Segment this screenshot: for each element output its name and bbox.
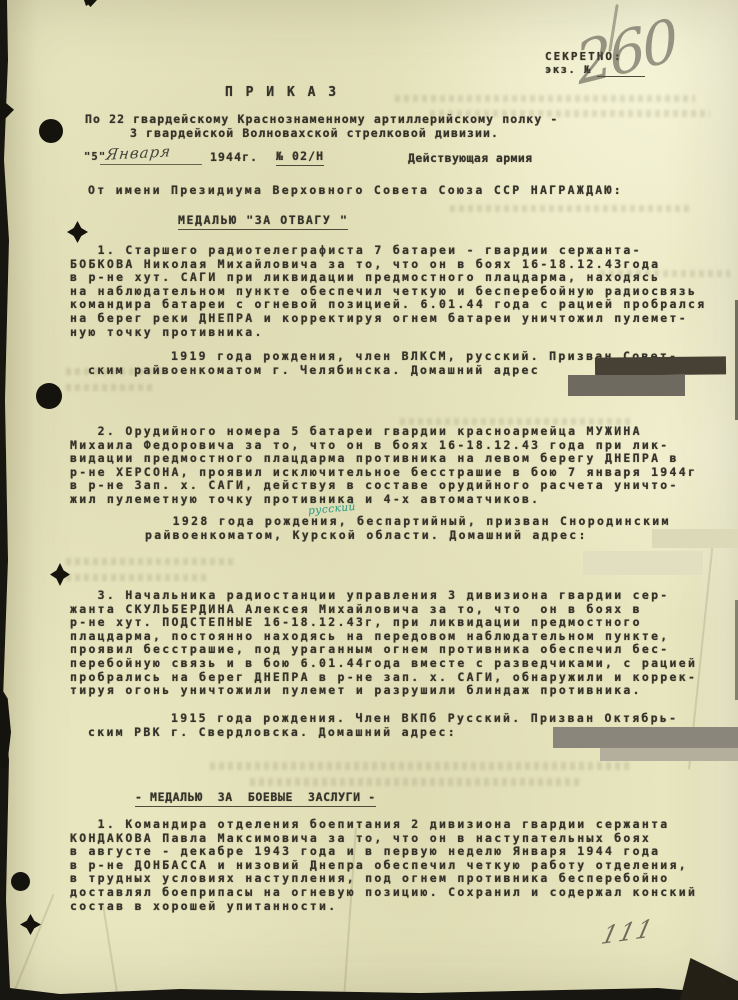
order-subtitle-line1: По 22 гвардейскому Краснознаменному арти…: [85, 113, 558, 127]
typed-line: 1919 года рождения, член ВЛКСМ, русский.…: [88, 350, 678, 364]
typed-line: 3. Начальника радиостанции управления 3 …: [70, 589, 697, 603]
order-number: № 02/Н: [276, 150, 324, 166]
typed-line: доставлял боеприпасы на огневую позицию.…: [70, 886, 697, 900]
bleedthrough-smudge: [66, 558, 236, 565]
typed-line: жил пулеметную точку противника и 4-х ав…: [70, 493, 697, 507]
typed-line: райвоенкоматом, Курской области. Домашни…: [145, 529, 671, 543]
typed-line: 1. Командира отделения боепитания 2 диви…: [70, 818, 697, 832]
bleedthrough-smudge: [66, 574, 206, 581]
typed-line: в р-не Зап. х. САГИ, действуя в составе …: [70, 479, 697, 493]
typed-line: состав в хорошей упитанности.: [70, 900, 697, 914]
paper-crease: [8, 894, 54, 1000]
document-scan: СЕКРЕТНО: экз. № 260 П Р И К А З По 22 г…: [0, 0, 738, 1000]
award-entry: 2. Орудийного номера 5 батареи гвардии к…: [70, 425, 697, 507]
order-title: П Р И К А З: [225, 86, 339, 100]
award-entry: 3. Начальника радиостанции управления 3 …: [70, 589, 697, 698]
typed-line: в р-не хут. САГИ при ликвидации предмост…: [70, 271, 706, 285]
typed-line: ную точку противника.: [70, 326, 706, 340]
redaction-box: [595, 356, 726, 375]
typed-line: на берег реки ДНЕПРА и корректируя огнем…: [70, 312, 706, 326]
bleedthrough-smudge: [250, 778, 580, 786]
paper-crease: [102, 905, 119, 1000]
typed-line: в трудных условиях наступления, под огне…: [70, 872, 697, 886]
typed-line: перебойную связь и в бою 6.01.44года вме…: [70, 657, 697, 671]
copy-number-handwritten: 260: [572, 6, 679, 99]
typed-line: тируя огонь уничтожили пулемет и разруши…: [70, 684, 697, 698]
typed-line: жанта СКУЛЬБЕРДИНА Алексея Михайловича з…: [70, 603, 697, 617]
bleedthrough-smudge: [66, 384, 156, 391]
date-year: 1944г.: [210, 151, 258, 165]
award-entry-birth-info: 1919 года рождения, член ВЛКСМ, русский.…: [88, 350, 678, 377]
page-number-handwritten: 111: [599, 914, 658, 951]
typed-line: в августе - декабре 1943 года и в первую…: [70, 845, 697, 859]
punch-hole: [36, 383, 62, 409]
bleedthrough-smudge: [210, 762, 630, 770]
typed-line: 1915 года рождения. Член ВКПб Русский. П…: [88, 712, 678, 726]
typed-line: 1. Старшего радиотелеграфиста 7 батареи …: [70, 244, 706, 258]
punch-hole: [11, 872, 30, 891]
redaction-box: [553, 727, 738, 748]
date-underline: [100, 164, 202, 165]
section-heading-za-otvagu: МЕДАЛЬЮ "ЗА ОТВАГУ ": [178, 214, 348, 230]
order-subtitle-line2: 3 гвардейской Волновахской стрелковой ди…: [130, 127, 499, 141]
date-month-handwritten: Января: [105, 142, 172, 164]
typed-line: БОБКОВА Николая Михайловича за то, что о…: [70, 258, 706, 272]
bleedthrough-smudge: [450, 205, 690, 212]
bleedthrough-smudge: [395, 95, 695, 102]
award-entry: 1. Командира отделения боепитания 2 диви…: [70, 818, 697, 913]
typed-line: проявил бесстрашие, под ураганным огнем …: [70, 643, 697, 657]
punch-hole: [39, 119, 63, 143]
paper-sheet: СЕКРЕТНО: экз. № 260 П Р И К А З По 22 г…: [0, 0, 738, 1000]
section-heading-boevye-zaslugi: - МЕДАЛЬЮ ЗА БОЕВЫЕ ЗАСЛУГИ -: [135, 791, 376, 807]
date-day: "5": [84, 151, 106, 165]
typed-line: 2. Орудийного номера 5 батареи гвардии к…: [70, 425, 697, 439]
redaction-box: [600, 748, 738, 761]
typed-line: 1928 года рождения, беспартийный, призва…: [145, 515, 671, 529]
redaction-box: [568, 375, 685, 396]
redaction-box-light: [583, 551, 703, 575]
typed-line: видации предмостного плацдарма противник…: [70, 452, 697, 466]
typed-line: командира батареи с огневой позицией. 6.…: [70, 298, 706, 312]
typed-line: р-не хут. ПОДСТЕПНЫЕ 16-18.12.43г, при л…: [70, 616, 697, 630]
preamble: От имени Президиума Верховного Совета Со…: [88, 184, 623, 198]
acting-army-label: Действующая армия: [408, 152, 533, 166]
award-entry: 1. Старшего радиотелеграфиста 7 батареи …: [70, 244, 706, 339]
award-entry-birth-info: 1928 года рождения, беспартийный, призва…: [145, 515, 671, 542]
redaction-box-light: [652, 529, 738, 548]
